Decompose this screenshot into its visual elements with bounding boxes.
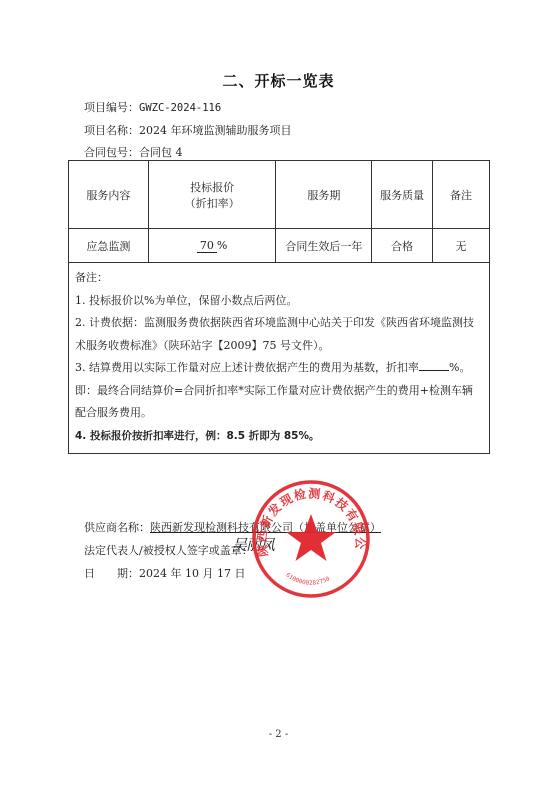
header-bid-price-label: 投标报价 xyxy=(149,179,276,195)
project-name-value: 2024 年环境监测辅助服务项目 xyxy=(139,124,292,137)
bid-summary-table: 服务内容 投标报价 （折扣率） 服务期 服务质量 备注 应急监测 70% 合同生… xyxy=(68,160,490,454)
project-name-line: 项目名称：2024 年环境监测辅助服务项目 xyxy=(84,122,292,138)
date-value: 2024 年 10 月 17 日 xyxy=(139,567,245,580)
project-number-value: GWZC-2024-116 xyxy=(139,102,221,114)
contract-package-line: 合同包号：合同包 4 xyxy=(84,144,183,160)
svg-text:6100000282750: 6100000282750 xyxy=(284,572,331,587)
note-item-4: 4. 投标报价按折扣率进行，例：8.5 折即为 85%。 xyxy=(75,425,483,448)
cell-remarks: 无 xyxy=(433,229,490,263)
cell-service-content: 应急监测 xyxy=(69,229,149,263)
discount-blank-field xyxy=(419,359,449,371)
notes-cell: 备注： 1. 投标报价以%为单位，保留小数点后两位。 2. 计费依据：监测服务费… xyxy=(69,263,490,454)
cell-service-period: 合同生效后一年 xyxy=(276,229,372,263)
bid-price-value: 70 xyxy=(197,239,217,253)
notes-row: 备注： 1. 投标报价以%为单位，保留小数点后两位。 2. 计费依据：监测服务费… xyxy=(69,263,490,454)
page-number: - 2 - xyxy=(0,729,557,740)
table-header-row: 服务内容 投标报价 （折扣率） 服务期 服务质量 备注 xyxy=(69,161,490,229)
cell-service-quality: 合格 xyxy=(372,229,433,263)
cell-bid-price: 70% xyxy=(148,229,276,263)
representative-label: 法定代表人/被授权人签字或盖章： xyxy=(84,544,253,557)
table-row: 应急监测 70% 合同生效后一年 合格 无 xyxy=(69,229,490,263)
header-discount-label: （折扣率） xyxy=(149,195,276,211)
header-service-content: 服务内容 xyxy=(69,161,149,229)
header-remarks: 备注 xyxy=(433,161,490,229)
date-label: 日 期： xyxy=(84,567,139,580)
project-number-label: 项目编号： xyxy=(84,101,139,114)
document-page: 二、开标一览表 项目编号：GWZC-2024-116 项目名称：2024 年环境… xyxy=(0,0,557,789)
supplier-label: 供应商名称： xyxy=(84,521,150,534)
contract-package-value: 合同包 4 xyxy=(139,146,183,159)
date-line: 日 期：2024 年 10 月 17 日 xyxy=(84,565,245,581)
representative-line: 法定代表人/被授权人签字或盖章： xyxy=(84,542,253,558)
header-service-period: 服务期 xyxy=(276,161,372,229)
note-item-3: 3. 结算费用以实际工作量对应上述计费依据产生的费用为基数，折扣率%。即：最终合… xyxy=(75,357,483,425)
note-item-1: 1. 投标报价以%为单位，保留小数点后两位。 xyxy=(75,290,483,313)
notes-heading: 备注： xyxy=(75,267,483,290)
project-number-line: 项目编号：GWZC-2024-116 xyxy=(84,99,221,115)
project-name-label: 项目名称： xyxy=(84,124,139,137)
header-bid-price: 投标报价 （折扣率） xyxy=(148,161,276,229)
company-seal-icon: 陕西新发现检测科技有限公司 6100000282750 xyxy=(250,478,372,600)
contract-package-label: 合同包号： xyxy=(84,146,139,159)
note-item-2: 2. 计费依据：监测服务费依据陕西省环境监测中心站关于印发《陕西省环境监测技术服… xyxy=(75,312,483,357)
bid-price-unit: % xyxy=(217,239,227,252)
page-title: 二、开标一览表 xyxy=(0,70,557,91)
note-item-3-part-1: 3. 结算费用以实际工作量对应上述计费依据产生的费用为基数，折扣率 xyxy=(75,361,419,374)
header-service-quality: 服务质量 xyxy=(372,161,433,229)
seal-number: 6100000282750 xyxy=(284,572,331,587)
